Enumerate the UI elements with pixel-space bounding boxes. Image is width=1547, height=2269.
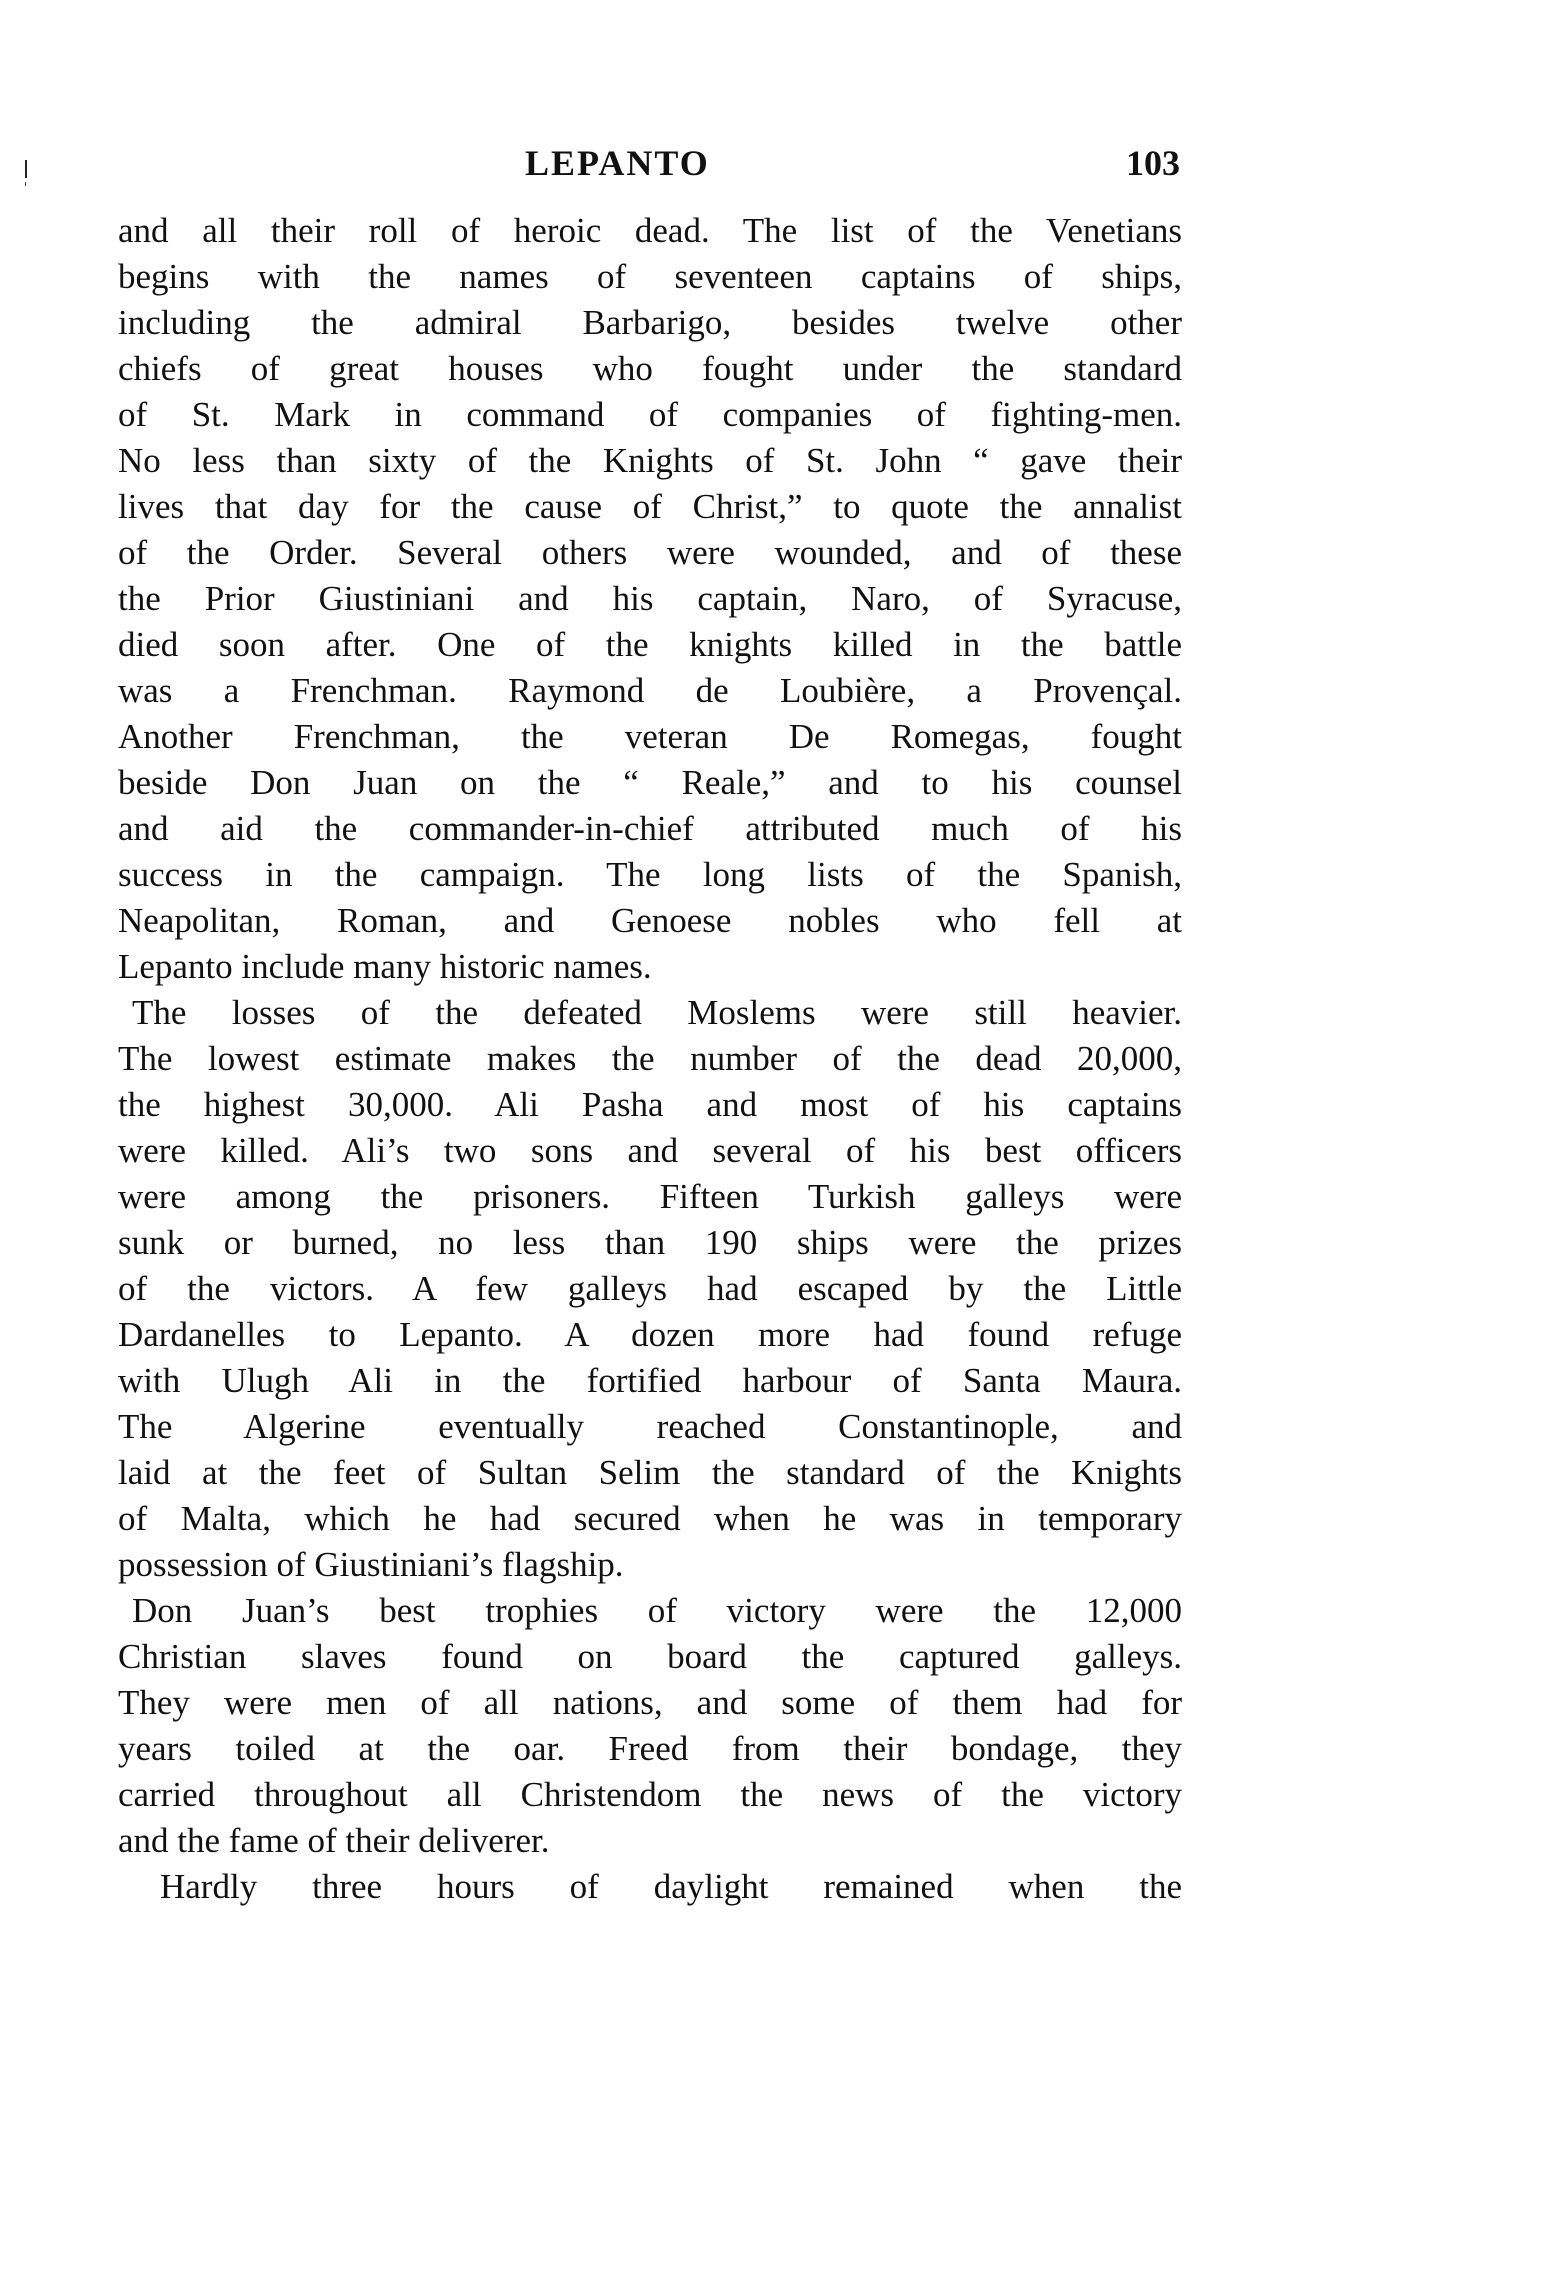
text-line: They were men of all nations, and some o… [118, 1680, 1182, 1726]
text-line: and the fame of their deliverer. [118, 1818, 1182, 1864]
text-line: lives that day for the cause of Christ,”… [118, 484, 1182, 530]
text-line: the Prior Giustiniani and his captain, N… [118, 576, 1182, 622]
text-line: Neapolitan, Roman, and Genoese nobles wh… [118, 898, 1182, 944]
page-number: 103 [1126, 140, 1180, 186]
text-line: Hardly three hours of daylight remained … [118, 1864, 1182, 1910]
text-line: sunk or burned, no less than 190 ships w… [118, 1220, 1182, 1266]
text-line: The lowest estimate makes the number of … [118, 1036, 1182, 1082]
text-line: Lepanto include many historic names. [118, 944, 1182, 990]
text-line: the highest 30,000. Ali Pasha and most o… [118, 1082, 1182, 1128]
text-line: with Ulugh Ali in the fortified harbour … [118, 1358, 1182, 1404]
paragraph-2: The losses of the defeated Moslems were … [118, 990, 1182, 1588]
text-line: years toiled at the oar. Freed from thei… [118, 1726, 1182, 1772]
text-line: and aid the commander-in-chief attribute… [118, 806, 1182, 852]
text-line: Dardanelles to Lepanto. A dozen more had… [118, 1312, 1182, 1358]
text-line: including the admiral Barbarigo, besides… [118, 300, 1182, 346]
text-line: of the victors. A few galleys had escape… [118, 1266, 1182, 1312]
text-line: carried throughout all Christendom the n… [118, 1772, 1182, 1818]
paragraph-1: and all their roll of heroic dead. The l… [118, 208, 1182, 990]
text-line: begins with the names of seventeen capta… [118, 254, 1182, 300]
scan-artifact-dot [25, 182, 26, 186]
text-line: of Malta, which he had secured when he w… [118, 1496, 1182, 1542]
text-line: chiefs of great houses who fought under … [118, 346, 1182, 392]
text-line: Another Frenchman, the veteran De Romega… [118, 714, 1182, 760]
body-text: and all their roll of heroic dead. The l… [118, 208, 1182, 1910]
text-line: were among the prisoners. Fifteen Turkis… [118, 1174, 1182, 1220]
text-line: The losses of the defeated Moslems were … [118, 990, 1182, 1036]
text-line: of St. Mark in command of companies of f… [118, 392, 1182, 438]
text-line: success in the campaign. The long lists … [118, 852, 1182, 898]
text-line: Don Juan’s best trophies of victory were… [118, 1588, 1182, 1634]
text-line: died soon after. One of the knights kill… [118, 622, 1182, 668]
paragraph-3: Don Juan’s best trophies of victory were… [118, 1588, 1182, 1864]
text-line: of the Order. Several others were wounde… [118, 530, 1182, 576]
text-line: No less than sixty of the Knights of St.… [118, 438, 1182, 484]
text-line: were killed. Ali’s two sons and several … [118, 1128, 1182, 1174]
text-line: and all their roll of heroic dead. The l… [118, 208, 1182, 254]
text-line: The Algerine eventually reached Constant… [118, 1404, 1182, 1450]
paragraph-4: Hardly three hours of daylight remained … [118, 1864, 1182, 1910]
running-title: LEPANTO [525, 140, 710, 186]
text-line: Christian slaves found on board the capt… [118, 1634, 1182, 1680]
running-head: LEPANTO 103 [118, 140, 1180, 186]
text-line: possession of Giustiniani’s flagship. [118, 1542, 1182, 1588]
scan-artifact-mark [25, 160, 27, 178]
text-line: was a Frenchman. Raymond de Loubière, a … [118, 668, 1182, 714]
text-line: laid at the feet of Sultan Selim the sta… [118, 1450, 1182, 1496]
text-line: beside Don Juan on the “ Reale,” and to … [118, 760, 1182, 806]
